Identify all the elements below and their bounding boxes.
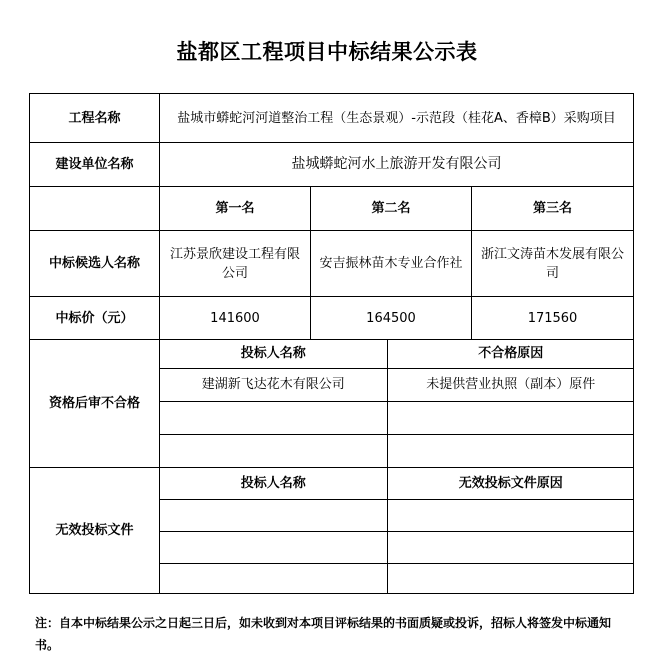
candidate-first: 江苏景欣建设工程有限公司 — [160, 231, 311, 297]
table-row — [160, 531, 634, 563]
disqualified-reason — [387, 401, 634, 434]
invalid-reason-header: 无效投标文件原因 — [387, 468, 634, 499]
construction-unit-row: 建设单位名称 盐城蟒蛇河水上旅游开发有限公司 — [30, 143, 634, 187]
candidate-label: 中标候选人名称 — [30, 231, 160, 297]
invalid-bids-section: 无效投标文件 投标人名称 无效投标文件原因 — [30, 468, 634, 594]
rank-header-empty — [30, 187, 160, 231]
construction-unit-value: 盐城蟒蛇河水上旅游开发有限公司 — [160, 143, 634, 187]
disqualified-subtable-cell: 投标人名称 不合格原因 建湖新飞达花木有限公司 未提供营业执照（副本）原件 — [160, 340, 634, 468]
disqualified-reason — [387, 434, 634, 467]
bid-result-table: 工程名称 盐城市蟒蛇河河道整治工程（生态景观）-示范段（桂花A、香樟B）采购项目… — [29, 93, 634, 594]
disqualified-section: 资格后审不合格 投标人名称 不合格原因 建湖新飞达花木有限公司 未提供营业执照（… — [30, 340, 634, 468]
invalid-bids-subtable-cell: 投标人名称 无效投标文件原因 — [160, 468, 634, 594]
table-row: 建湖新飞达花木有限公司 未提供营业执照（副本）原件 — [160, 368, 634, 401]
footer-note: 注：自本中标结果公示之日起三日后，如未收到对本项目评标结果的书面质疑或投诉，招标… — [35, 612, 615, 656]
invalid-bids-label: 无效投标文件 — [30, 468, 160, 594]
invalid-bidder-header: 投标人名称 — [160, 468, 387, 499]
table-row — [160, 499, 634, 531]
disqualified-header-row: 投标人名称 不合格原因 — [160, 340, 634, 368]
invalid-bidder — [160, 499, 387, 531]
price-label: 中标价（元） — [30, 297, 160, 340]
price-first: 141600 — [160, 297, 311, 340]
price-row: 中标价（元） 141600 164500 171560 — [30, 297, 634, 340]
rank-header-row: 第一名 第二名 第三名 — [30, 187, 634, 231]
invalid-reason — [387, 499, 634, 531]
disqualified-bidder — [160, 401, 387, 434]
invalid-bidder — [160, 563, 387, 593]
invalid-reason — [387, 563, 634, 593]
rank-first-header: 第一名 — [160, 187, 311, 231]
disqualified-subtable: 投标人名称 不合格原因 建湖新飞达花木有限公司 未提供营业执照（副本）原件 — [160, 340, 634, 467]
invalid-bids-subtable: 投标人名称 无效投标文件原因 — [160, 468, 634, 593]
project-name-row: 工程名称 盐城市蟒蛇河河道整治工程（生态景观）-示范段（桂花A、香樟B）采购项目 — [30, 94, 634, 143]
disqualified-label: 资格后审不合格 — [30, 340, 160, 468]
invalid-bidder — [160, 531, 387, 563]
disqualified-bidder — [160, 434, 387, 467]
table-row — [160, 401, 634, 434]
price-second: 164500 — [311, 297, 472, 340]
candidate-third: 浙江文涛苗木发展有限公司 — [472, 231, 634, 297]
page-title: 盐都区工程项目中标结果公示表 — [0, 36, 654, 66]
disqualified-reason: 未提供营业执照（副本）原件 — [387, 368, 634, 401]
rank-third-header: 第三名 — [472, 187, 634, 231]
price-third: 171560 — [472, 297, 634, 340]
invalid-reason — [387, 531, 634, 563]
table-row — [160, 434, 634, 467]
candidate-row: 中标候选人名称 江苏景欣建设工程有限公司 安吉振林苗木专业合作社 浙江文涛苗木发… — [30, 231, 634, 297]
disqualified-reason-header: 不合格原因 — [387, 340, 634, 368]
project-name-label: 工程名称 — [30, 94, 160, 143]
disqualified-bidder: 建湖新飞达花木有限公司 — [160, 368, 387, 401]
invalid-bids-header-row: 投标人名称 无效投标文件原因 — [160, 468, 634, 499]
construction-unit-label: 建设单位名称 — [30, 143, 160, 187]
candidate-second: 安吉振林苗木专业合作社 — [311, 231, 472, 297]
rank-second-header: 第二名 — [311, 187, 472, 231]
disqualified-bidder-header: 投标人名称 — [160, 340, 387, 368]
table-row — [160, 563, 634, 593]
project-name-value: 盐城市蟒蛇河河道整治工程（生态景观）-示范段（桂花A、香樟B）采购项目 — [160, 94, 634, 143]
